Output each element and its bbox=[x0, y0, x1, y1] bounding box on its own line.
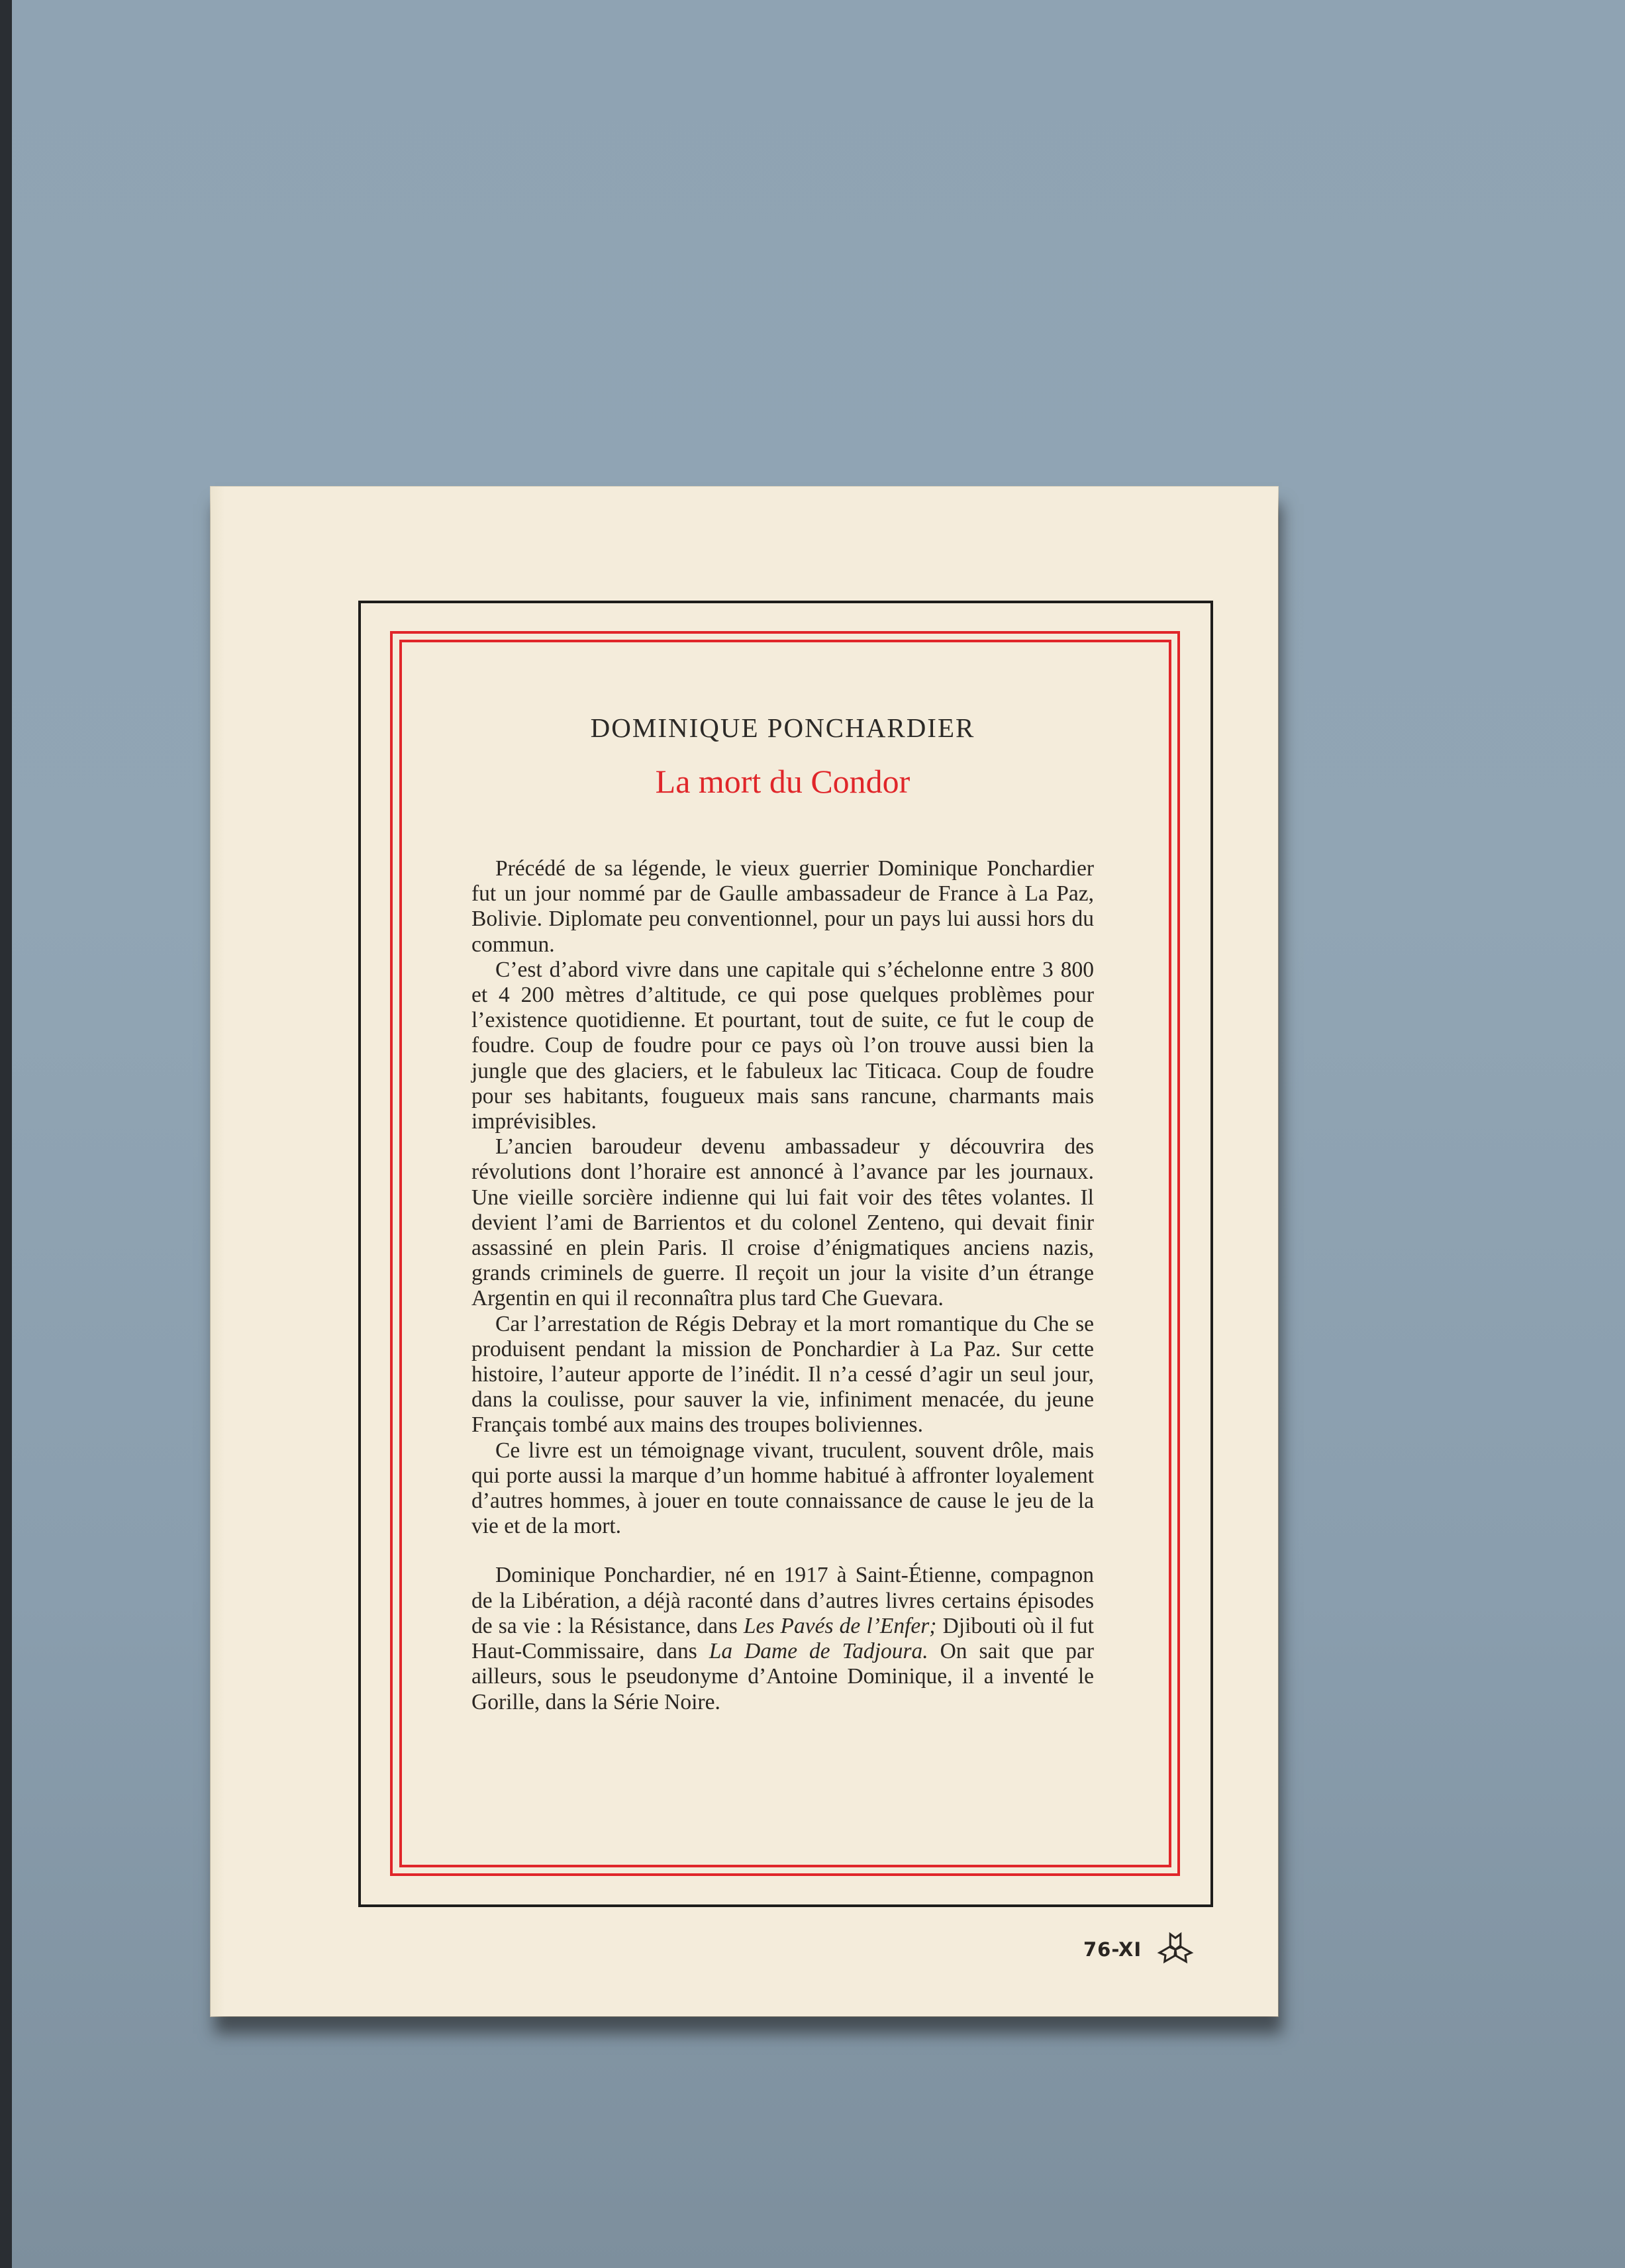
book-reference: La Dame de Tadjoura. bbox=[709, 1639, 928, 1663]
publisher-logo-icon bbox=[1156, 1930, 1195, 1969]
blurb: Précédé de sa légende, le vieux guerrier… bbox=[471, 856, 1094, 1715]
blurb-paragraph: L’ancien baroudeur devenu ambassadeur y … bbox=[471, 1134, 1094, 1311]
book-back-cover: DOMINIQUE PONCHARDIER La mort du Condor … bbox=[211, 487, 1278, 2016]
book-reference: Les Pavés de l’Enfer; bbox=[744, 1614, 937, 1638]
book-title: La mort du Condor bbox=[471, 762, 1094, 801]
scanner-edge bbox=[0, 0, 12, 2268]
blurb-paragraph: Ce livre est un témoignage vivant, trucu… bbox=[471, 1438, 1094, 1540]
cover-text-block: DOMINIQUE PONCHARDIER La mort du Condor … bbox=[471, 712, 1094, 1715]
cover-footer: 76-XI bbox=[1083, 1930, 1195, 1969]
blurb-paragraph: Car l’arrestation de Régis Debray et la … bbox=[471, 1312, 1094, 1438]
blurb-paragraph: Précédé de sa légende, le vieux guerrier… bbox=[471, 856, 1094, 958]
blurb-paragraph: C’est d’abord vivre dans une capitale qu… bbox=[471, 958, 1094, 1134]
catalog-code: 76-XI bbox=[1083, 1938, 1142, 1961]
author-name: DOMINIQUE PONCHARDIER bbox=[471, 712, 1094, 744]
author-bio: Dominique Ponchardier, né en 1917 à Sain… bbox=[471, 1563, 1094, 1714]
